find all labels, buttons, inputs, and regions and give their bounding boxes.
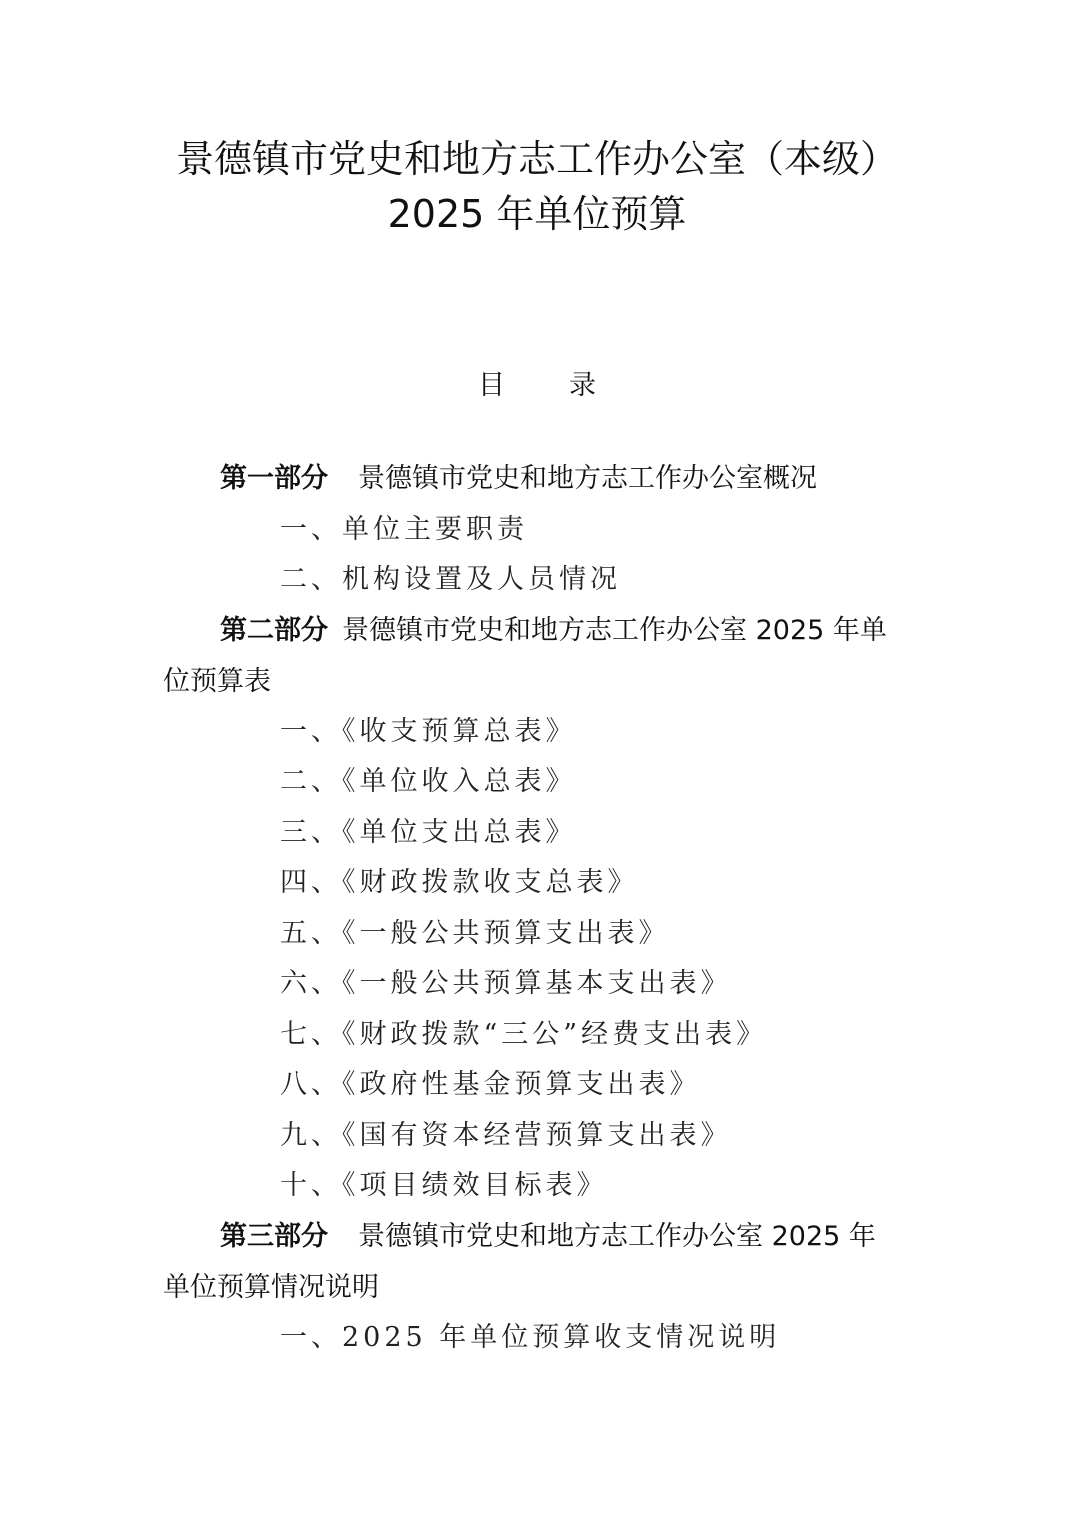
toc-item: 三、《单位支出总表》 bbox=[280, 819, 577, 846]
document-title-line1: 景德镇市党史和地方志工作办公室（本级） bbox=[0, 140, 1074, 178]
toc-heading: 目录 bbox=[0, 363, 1074, 402]
part-label: 第一部分 bbox=[220, 463, 328, 494]
document-page: 景德镇市党史和地方志工作办公室（本级） 2025 年单位预算 目录 第一部分景德… bbox=[0, 0, 1074, 1520]
toc-heading-char-2: 录 bbox=[569, 363, 596, 402]
part-title-continued: 单位预算情况说明 bbox=[163, 1274, 379, 1301]
part-label: 第三部分 bbox=[220, 1221, 328, 1252]
toc-part-1: 第一部分景德镇市党史和地方志工作办公室概况 bbox=[220, 465, 817, 492]
part-title-continued: 位预算表 bbox=[163, 668, 271, 695]
document-title-line2: 2025 年单位预算 bbox=[0, 195, 1074, 233]
toc-item: 四、《财政拨款收支总表》 bbox=[280, 869, 639, 896]
toc-item: 一、单位主要职责 bbox=[280, 516, 528, 543]
toc-item: 八、《政府性基金预算支出表》 bbox=[280, 1071, 701, 1098]
toc-item: 五、《一般公共预算支出表》 bbox=[280, 920, 670, 947]
part-title: 景德镇市党史和地方志工作办公室 2025 年 bbox=[358, 1221, 876, 1252]
toc-item: 七、《财政拨款“三公”经费支出表》 bbox=[280, 1021, 767, 1048]
part-label: 第二部分 bbox=[220, 615, 328, 646]
toc-item: 九、《国有资本经营预算支出表》 bbox=[280, 1122, 732, 1149]
toc-item: 一、2025 年单位预算收支情况说明 bbox=[280, 1324, 780, 1351]
toc-item: 二、《单位收入总表》 bbox=[280, 768, 577, 795]
toc-heading-char-1: 目 bbox=[478, 363, 505, 402]
toc-part-2: 第二部分景德镇市党史和地方志工作办公室 2025 年单 bbox=[220, 617, 887, 644]
toc-item: 一、《收支预算总表》 bbox=[280, 718, 577, 745]
toc-item: 十、《项目绩效目标表》 bbox=[280, 1172, 608, 1199]
toc-item: 二、机构设置及人员情况 bbox=[280, 566, 621, 593]
toc-part-3: 第三部分景德镇市党史和地方志工作办公室 2025 年 bbox=[220, 1223, 876, 1250]
part-title: 景德镇市党史和地方志工作办公室概况 bbox=[358, 463, 817, 494]
part-title: 景德镇市党史和地方志工作办公室 2025 年单 bbox=[342, 615, 887, 646]
toc-item: 六、《一般公共预算基本支出表》 bbox=[280, 970, 732, 997]
